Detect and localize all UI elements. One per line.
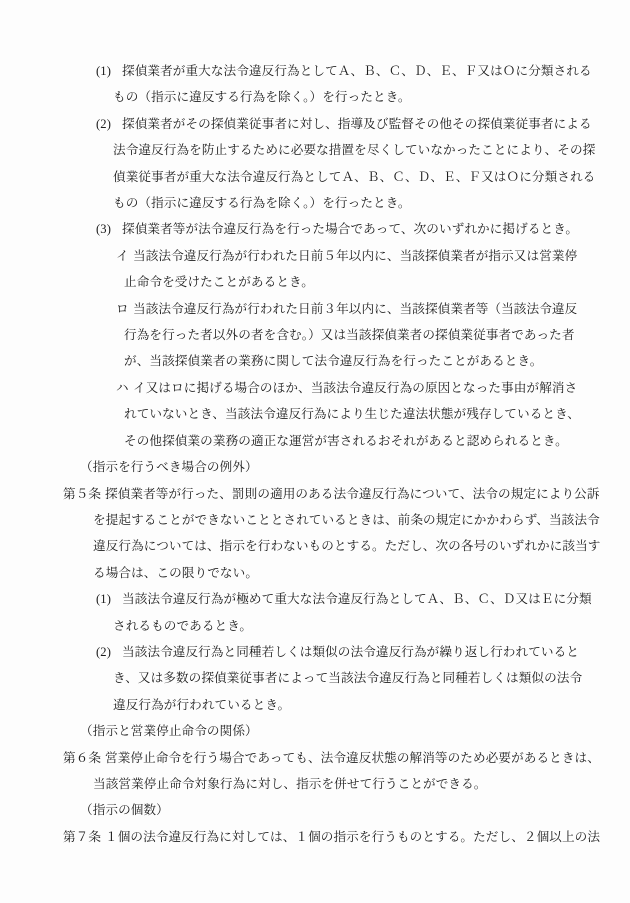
document-line: （指示を行うべき場合の例外）	[0, 454, 630, 480]
line-text: る場合は、この限りでない。	[93, 566, 258, 580]
line-marker: イ	[116, 243, 133, 269]
document-body: (1)探偵業者が重大な法令違反行為としてＡ、Ｂ、Ｃ、Ｄ、Ｅ、Ｆ又はＯに分類される…	[0, 0, 630, 850]
document-line: （指示と営業停止命令の関係）	[0, 718, 630, 744]
line-text: （指示の個数）	[80, 803, 169, 817]
line-text: 行為を行った者以外の者を含む。）又は当該探偵業者の探偵業従事者であった者	[124, 328, 575, 342]
document-line: 法令違反行為を防止するために必要な措置を尽くしていなかったことにより、その探	[0, 137, 630, 163]
document-line: れていないとき、当該法令違反行為により生じた違法状態が残存しているとき、	[0, 401, 630, 427]
line-text: 違反行為が行われているとき。	[113, 698, 290, 712]
line-text: 当該法令違反行為が行われた日前３年以内に、当該探偵業者等（当該法令違反	[133, 302, 577, 316]
line-text: （指示を行うべき場合の例外）	[80, 460, 258, 474]
line-text: イ又はロに掲げる場合のほか、当該法令違反行為の原因となった事由が解消さ	[133, 381, 577, 395]
line-marker: 第７条	[63, 824, 105, 850]
line-text: もの（指示に違反する行為を除く。）を行ったとき。	[113, 196, 411, 210]
document-line: 第６条営業停止命令を行う場合であっても、法令違反状態の解消等のため必要があるとき…	[0, 745, 630, 771]
line-text: れていないとき、当該法令違反行為により生じた違法状態が残存しているとき、	[124, 407, 580, 421]
document-line: (2)当該法令違反行為と同種若しくは類似の法令違反行為が繰り返し行われていると	[0, 639, 630, 665]
document-line: き、又は多数の探偵業従事者によって当該法令違反行為と同種若しくは類似の法令	[0, 665, 630, 691]
document-line: (3)探偵業者等が法令違反行為を行った場合であって、次のいずれかに掲げるとき。	[0, 216, 630, 242]
document-line: 行為を行った者以外の者を含む。）又は当該探偵業者の探偵業従事者であった者	[0, 322, 630, 348]
document-line: を提起することができないこととされているときは、前条の規定にかかわらず、当該法令	[0, 507, 630, 533]
document-line: もの（指示に違反する行為を除く。）を行ったとき。	[0, 84, 630, 110]
line-text: 当該法令違反行為と同種若しくは類似の法令違反行為が繰り返し行われていると	[122, 645, 579, 659]
line-text: その他探偵業の業務の適正な運営が害されるおそれがあると認められるとき。	[124, 434, 568, 448]
document-line: されるものであるとき。	[0, 613, 630, 639]
line-text: されるものであるとき。	[113, 619, 252, 633]
line-text: 法令違反行為を防止するために必要な措置を尽くしていなかったことにより、その探	[113, 143, 595, 157]
line-text: 当該法令違反行為が行われた日前５年以内に、当該探偵業者が指示又は営業停	[133, 249, 577, 263]
document-line: 違反行為については、指示を行わないものとする。ただし、次の各号のいずれかに該当す	[0, 533, 630, 559]
document-line: 止命令を受けたことがあるとき。	[0, 269, 630, 295]
line-marker: 第５条	[63, 481, 105, 507]
line-marker: (2)	[96, 111, 122, 137]
line-text: 探偵業者等が法令違反行為を行った場合であって、次のいずれかに掲げるとき。	[122, 222, 578, 236]
line-marker: (3)	[96, 216, 122, 242]
document-line: (1)探偵業者が重大な法令違反行為としてＡ、Ｂ、Ｃ、Ｄ、Ｅ、Ｆ又はＯに分類される	[0, 58, 630, 84]
document-line: が、当該探偵業者の業務に関して法令違反行為を行ったことがあるとき。	[0, 348, 630, 374]
document-line: 当該営業停止命令対象行為に対し、指示を併せて行うことができる。	[0, 771, 630, 797]
line-marker: (1)	[96, 58, 122, 84]
line-text: （指示と営業停止命令の関係）	[80, 724, 258, 738]
line-text: 偵業従事者が重大な法令違反行為としてＡ、Ｂ、Ｃ、Ｄ、Ｅ、Ｆ又はＯに分類される	[113, 170, 595, 184]
document-line: ロ当該法令違反行為が行われた日前３年以内に、当該探偵業者等（当該法令違反	[0, 296, 630, 322]
line-text: 当該法令違反行為が極めて重大な法令違反行為としてＡ、Ｂ、Ｃ、Ｄ又はＥに分類	[122, 592, 592, 606]
line-text: を提起することができないこととされているときは、前条の規定にかかわらず、当該法令	[93, 513, 600, 527]
document-line: もの（指示に違反する行為を除く。）を行ったとき。	[0, 190, 630, 216]
line-text: が、当該探偵業者の業務に関して法令違反行為を行ったことがあるとき。	[124, 354, 542, 368]
line-marker: (1)	[96, 586, 122, 612]
document-line: る場合は、この限りでない。	[0, 560, 630, 586]
line-text: もの（指示に違反する行為を除く。）を行ったとき。	[113, 90, 411, 104]
document-line: 第７条１個の法令違反行為に対しては、１個の指示を行うものとする。ただし、２個以上…	[0, 824, 630, 850]
line-text: １個の法令違反行為に対しては、１個の指示を行うものとする。ただし、２個以上の法	[105, 830, 600, 844]
line-text: 探偵業者が重大な法令違反行為としてＡ、Ｂ、Ｃ、Ｄ、Ｅ、Ｆ又はＯに分類される	[122, 64, 592, 78]
line-marker: ロ	[116, 296, 133, 322]
line-text: 違反行為については、指示を行わないものとする。ただし、次の各号のいずれかに該当す	[93, 539, 601, 553]
document-line: 偵業従事者が重大な法令違反行為としてＡ、Ｂ、Ｃ、Ｄ、Ｅ、Ｆ又はＯに分類される	[0, 164, 630, 190]
line-marker: ハ	[116, 375, 133, 401]
document-line: イ当該法令違反行為が行われた日前５年以内に、当該探偵業者が指示又は営業停	[0, 243, 630, 269]
line-text: 探偵業者がその探偵業従事者に対し、指導及び監督その他その探偵業従事者による	[122, 117, 592, 131]
line-marker: (2)	[96, 639, 122, 665]
document-line: (2)探偵業者がその探偵業従事者に対し、指導及び監督その他その探偵業従事者による	[0, 111, 630, 137]
document-line: （指示の個数）	[0, 797, 630, 823]
line-marker: 第６条	[63, 745, 105, 771]
line-text: 営業停止命令を行う場合であっても、法令違反状態の解消等のため必要があるときは、	[105, 751, 600, 765]
document-line: ハイ又はロに掲げる場合のほか、当該法令違反行為の原因となった事由が解消さ	[0, 375, 630, 401]
line-text: 止命令を受けたことがあるとき。	[124, 275, 314, 289]
document-line: 違反行為が行われているとき。	[0, 692, 630, 718]
document-line: その他探偵業の業務の適正な運営が害されるおそれがあると認められるとき。	[0, 428, 630, 454]
document-line: 第５条探偵業者等が行った、罰則の適用のある法令違反行為について、法令の規定により…	[0, 481, 630, 507]
line-text: 当該営業停止命令対象行為に対し、指示を併せて行うことができる。	[93, 777, 487, 791]
document-page: (1)探偵業者が重大な法令違反行為としてＡ、Ｂ、Ｃ、Ｄ、Ｅ、Ｆ又はＯに分類される…	[0, 0, 630, 903]
line-text: 探偵業者等が行った、罰則の適用のある法令違反行為について、法令の規定により公訴	[105, 487, 600, 501]
line-text: き、又は多数の探偵業従事者によって当該法令違反行為と同種若しくは類似の法令	[113, 671, 582, 685]
document-line: (1)当該法令違反行為が極めて重大な法令違反行為としてＡ、Ｂ、Ｃ、Ｄ又はＥに分類	[0, 586, 630, 612]
